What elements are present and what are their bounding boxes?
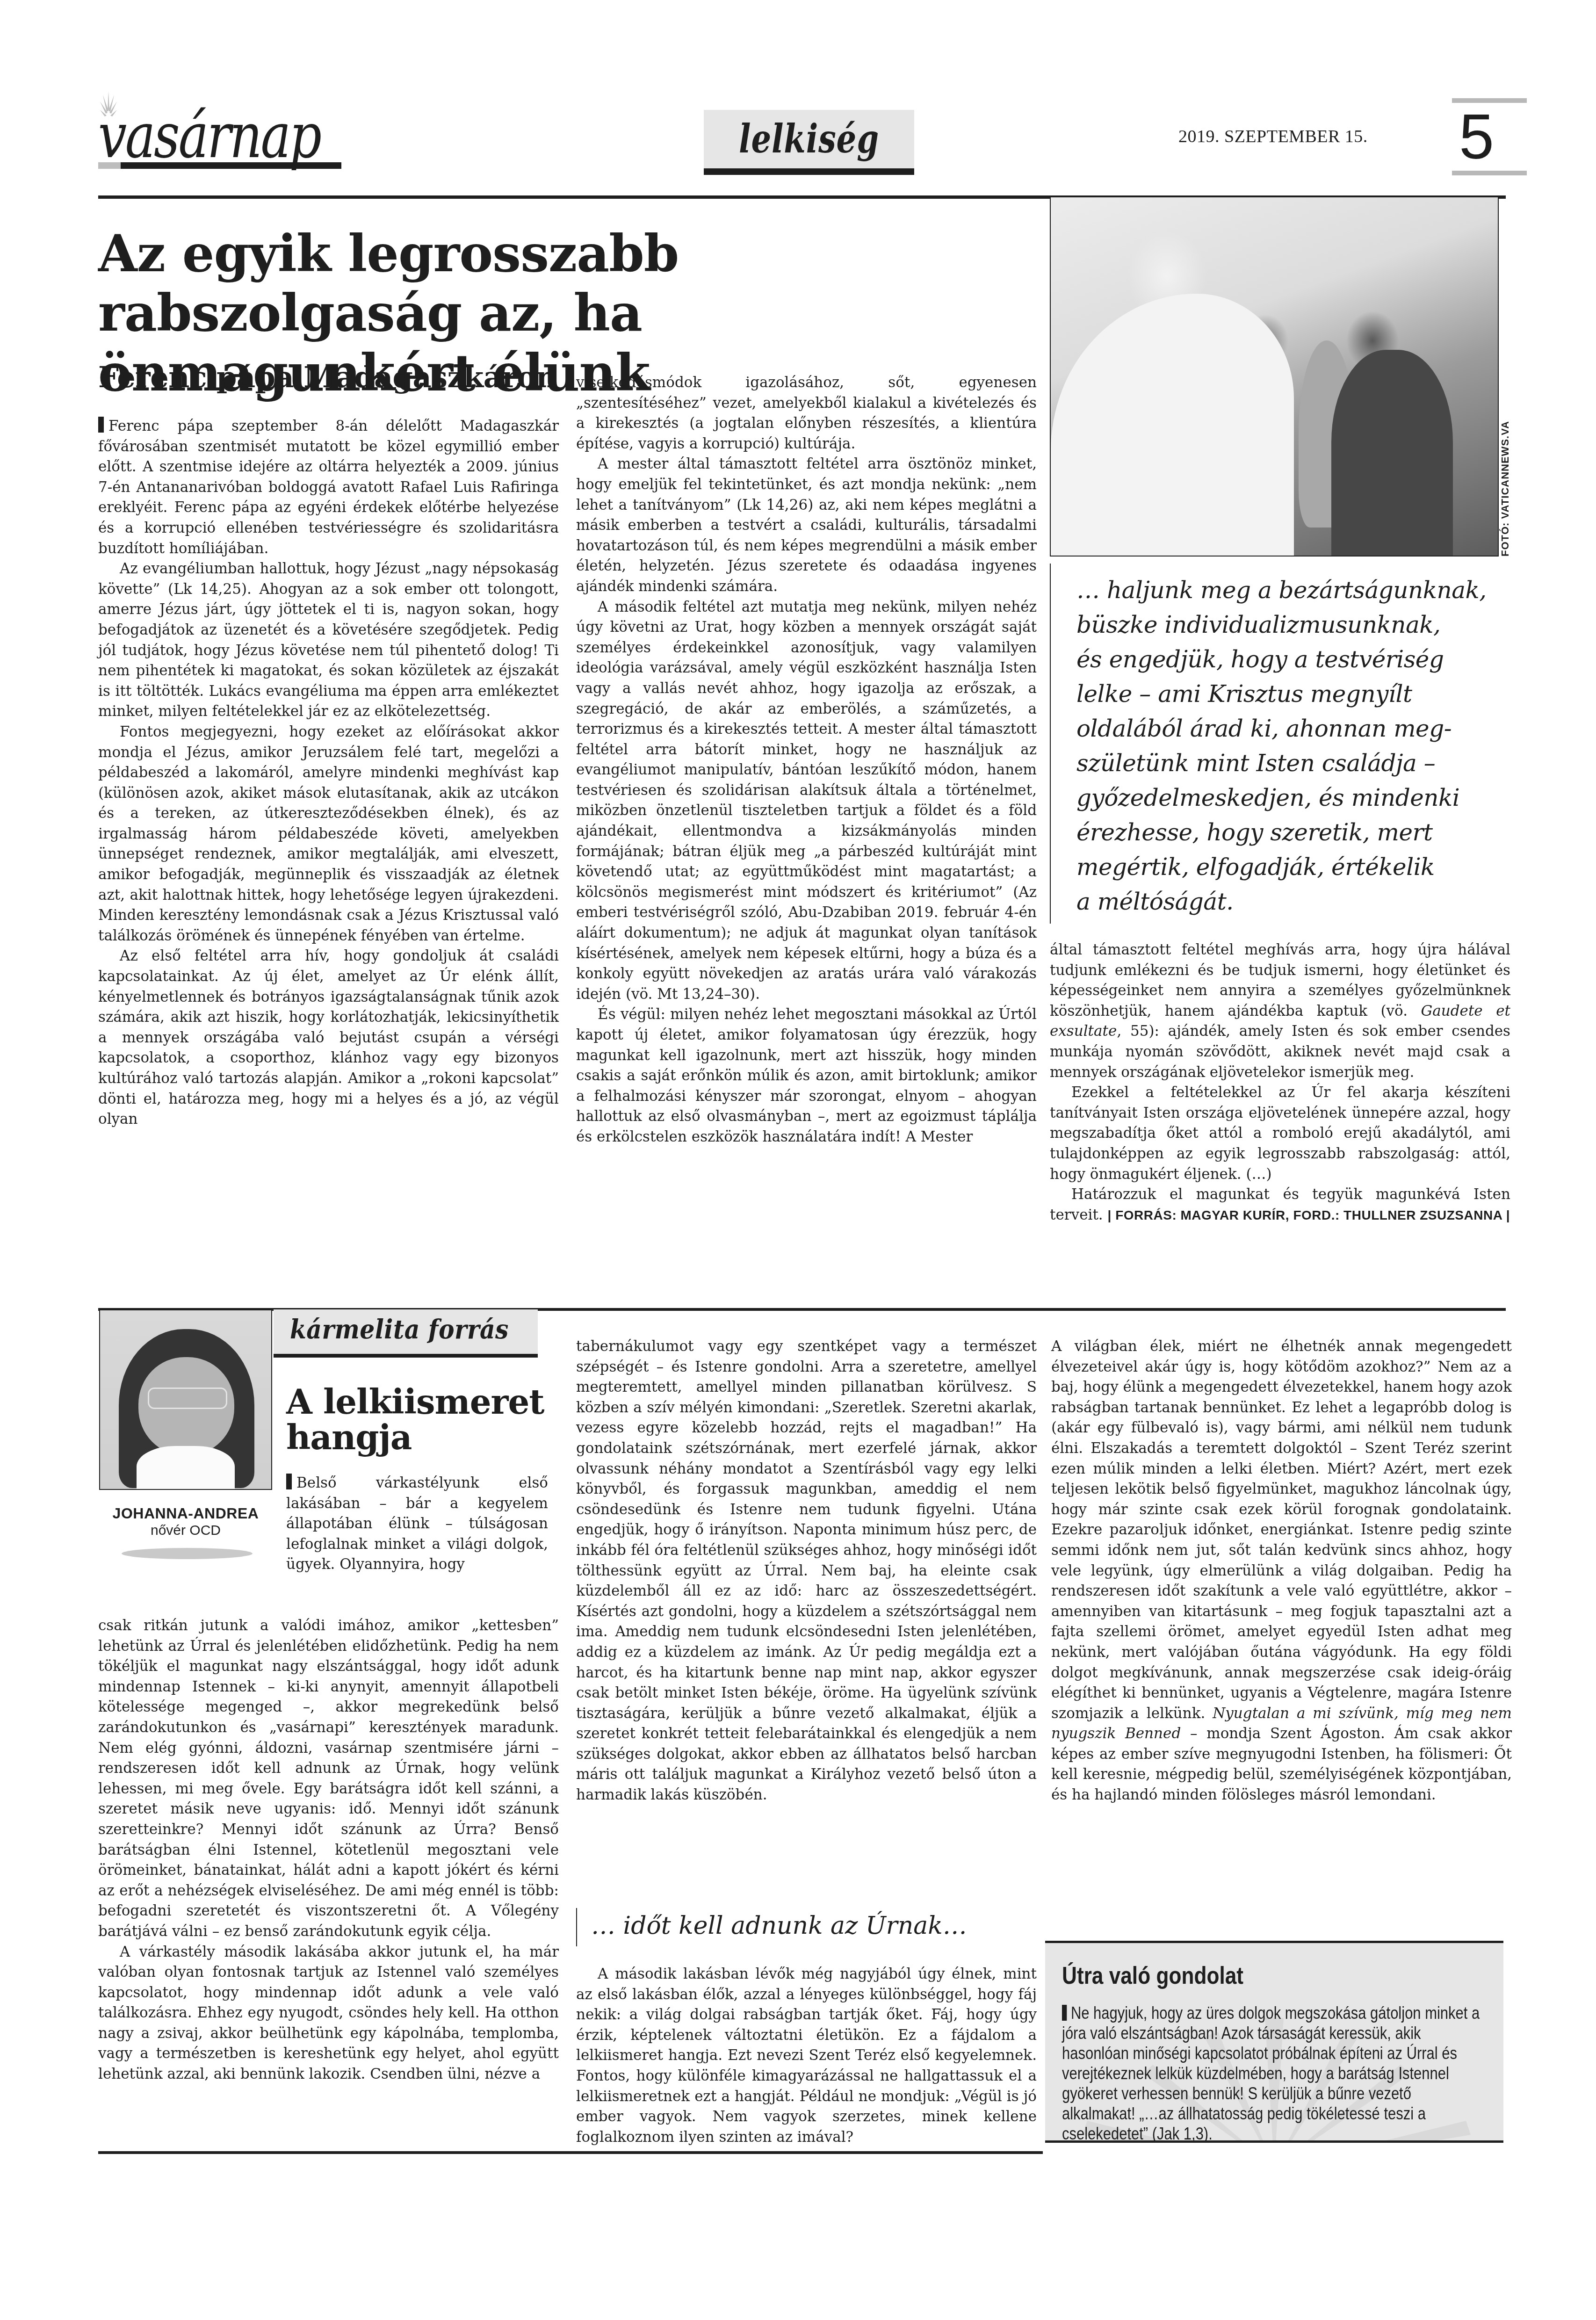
page-number-tick [1452,171,1527,175]
column-title: A lelkiismeret hangja [286,1384,548,1455]
column-paragraph: A világban élek, miért ne élhetnék annak… [1051,1337,1512,1806]
author-divider [122,1548,253,1559]
lead-marker-icon [1062,2005,1067,2021]
portrait-glasses [148,1388,227,1409]
article-column-3: által támasztott feltétel meghívás arra,… [1050,940,1510,1225]
article-pullquote: … haljunk meg a bezártságunknak, büszke … [1050,564,1514,924]
article-column-1: Ferenc pápa szeptember 8-án délelőtt Mad… [98,416,559,1130]
photo-credit: FOTÓ: VATICANNEWS.VA [1499,421,1511,557]
lead-marker-icon [98,417,104,433]
photo-figure-man [1331,350,1453,556]
article-paragraph: Az evangéliumban hallottuk, hogy Jézust … [98,559,559,722]
article-paragraph: Fontos megjegyezni, hogy ezeket az előír… [98,722,559,947]
article-paragraph: A második feltétel azt mutatja meg nekün… [576,597,1037,1005]
pullquote-text: … haljunk meg a bezártságunknak, büszke … [1076,573,1511,919]
article-paragraph: Határozzuk el magunkat és tegyük magunké… [1050,1185,1510,1225]
author-role: nővér OCD [99,1523,272,1539]
thought-box: Útra való gondolat Ne hagyjuk, hogy az ü… [1045,1941,1503,2143]
section-label-text: lelkiség [725,116,893,162]
thought-box-body: Ne hagyjuk, hogy az üres dolgok megszoká… [1062,2003,1484,2143]
article-lead: Ferenc pápa szeptember 8-án délelőtt Mad… [98,416,559,559]
column-pullquote-text: … időt kell adnunk az Úrnak… [591,1912,967,1940]
column-text-3: A világban élek, miért ne élhetnék annak… [1051,1337,1512,1806]
author-name: JOHANNA-ANDREA [99,1505,272,1522]
page-number: 5 [1438,105,1513,175]
section-label: lelkiség [704,110,914,168]
article-paragraph: által támasztott feltétel meghívás arra,… [1050,940,1510,1083]
column-text-2: tabernákulumot vagy egy szentképet vagy … [576,1337,1037,1806]
article-paragraph: viselkedésmódok igazolásához, sőt, egyen… [576,373,1037,454]
article-photo [1050,196,1499,557]
column-pullquote: … időt kell adnunk az Úrnak… [576,1908,1038,1946]
portrait-collar [137,1446,235,1490]
page-number-text: 5 [1459,105,1494,168]
source-credit: | FORRÁS: MAGYAR KURÍR, FORD.: THULLNER … [1108,1208,1510,1222]
section-underbar [704,168,914,175]
logo-underline [98,162,341,169]
bottom-rule [98,2151,1043,2154]
column-lead: Belső várkastélyunk első lakásában – bár… [286,1473,548,1575]
column-paragraph: csak ritkán jutunk a valódi imához, amik… [98,1616,559,1942]
column-text-1: csak ritkán jutunk a valódi imához, amik… [98,1616,559,2085]
column-tag-text: kármelita forrás [290,1314,509,1345]
column-paragraph: A második lakásban lévők még nagyjából ú… [576,1964,1037,2147]
thought-box-title: Útra való gondolat [1062,1962,1243,1990]
column-paragraph: tabernákulumot vagy egy szentképet vagy … [576,1337,1037,1806]
author-portrait [99,1309,272,1490]
article-subtitle: Ferenc pápa Madagaszkáron [98,360,566,394]
column-tag: kármelita forrás [274,1309,538,1358]
photo-figure-pope [1051,294,1294,556]
article-paragraph: Ezekkel a feltételekkel az Úr fel akarja… [1050,1083,1510,1185]
logo-text: vasárnap [98,105,320,167]
issue-date: 2019. SZEPTEMBER 15. [1178,126,1368,147]
article-column-2: viselkedésmódok igazolásához, sőt, egyen… [576,373,1037,1148]
column-paragraph: A várkastély második lakásába akkor jutu… [98,1942,559,2085]
masthead-logo: vasárnap [98,91,351,171]
article-paragraph: És végül: milyen nehéz lehet megosztani … [576,1005,1037,1147]
column-text-2b: A második lakásban lévők még nagyjából ú… [576,1964,1037,2147]
lead-marker-icon [286,1474,292,1489]
article-paragraph: A mester által támasztott feltétel arra … [576,454,1037,597]
article-paragraph: Az első feltétel arra hív, hogy gondolju… [98,946,559,1129]
column-lead-paragraph: Belső várkastélyunk első lakásában – bár… [286,1473,548,1575]
